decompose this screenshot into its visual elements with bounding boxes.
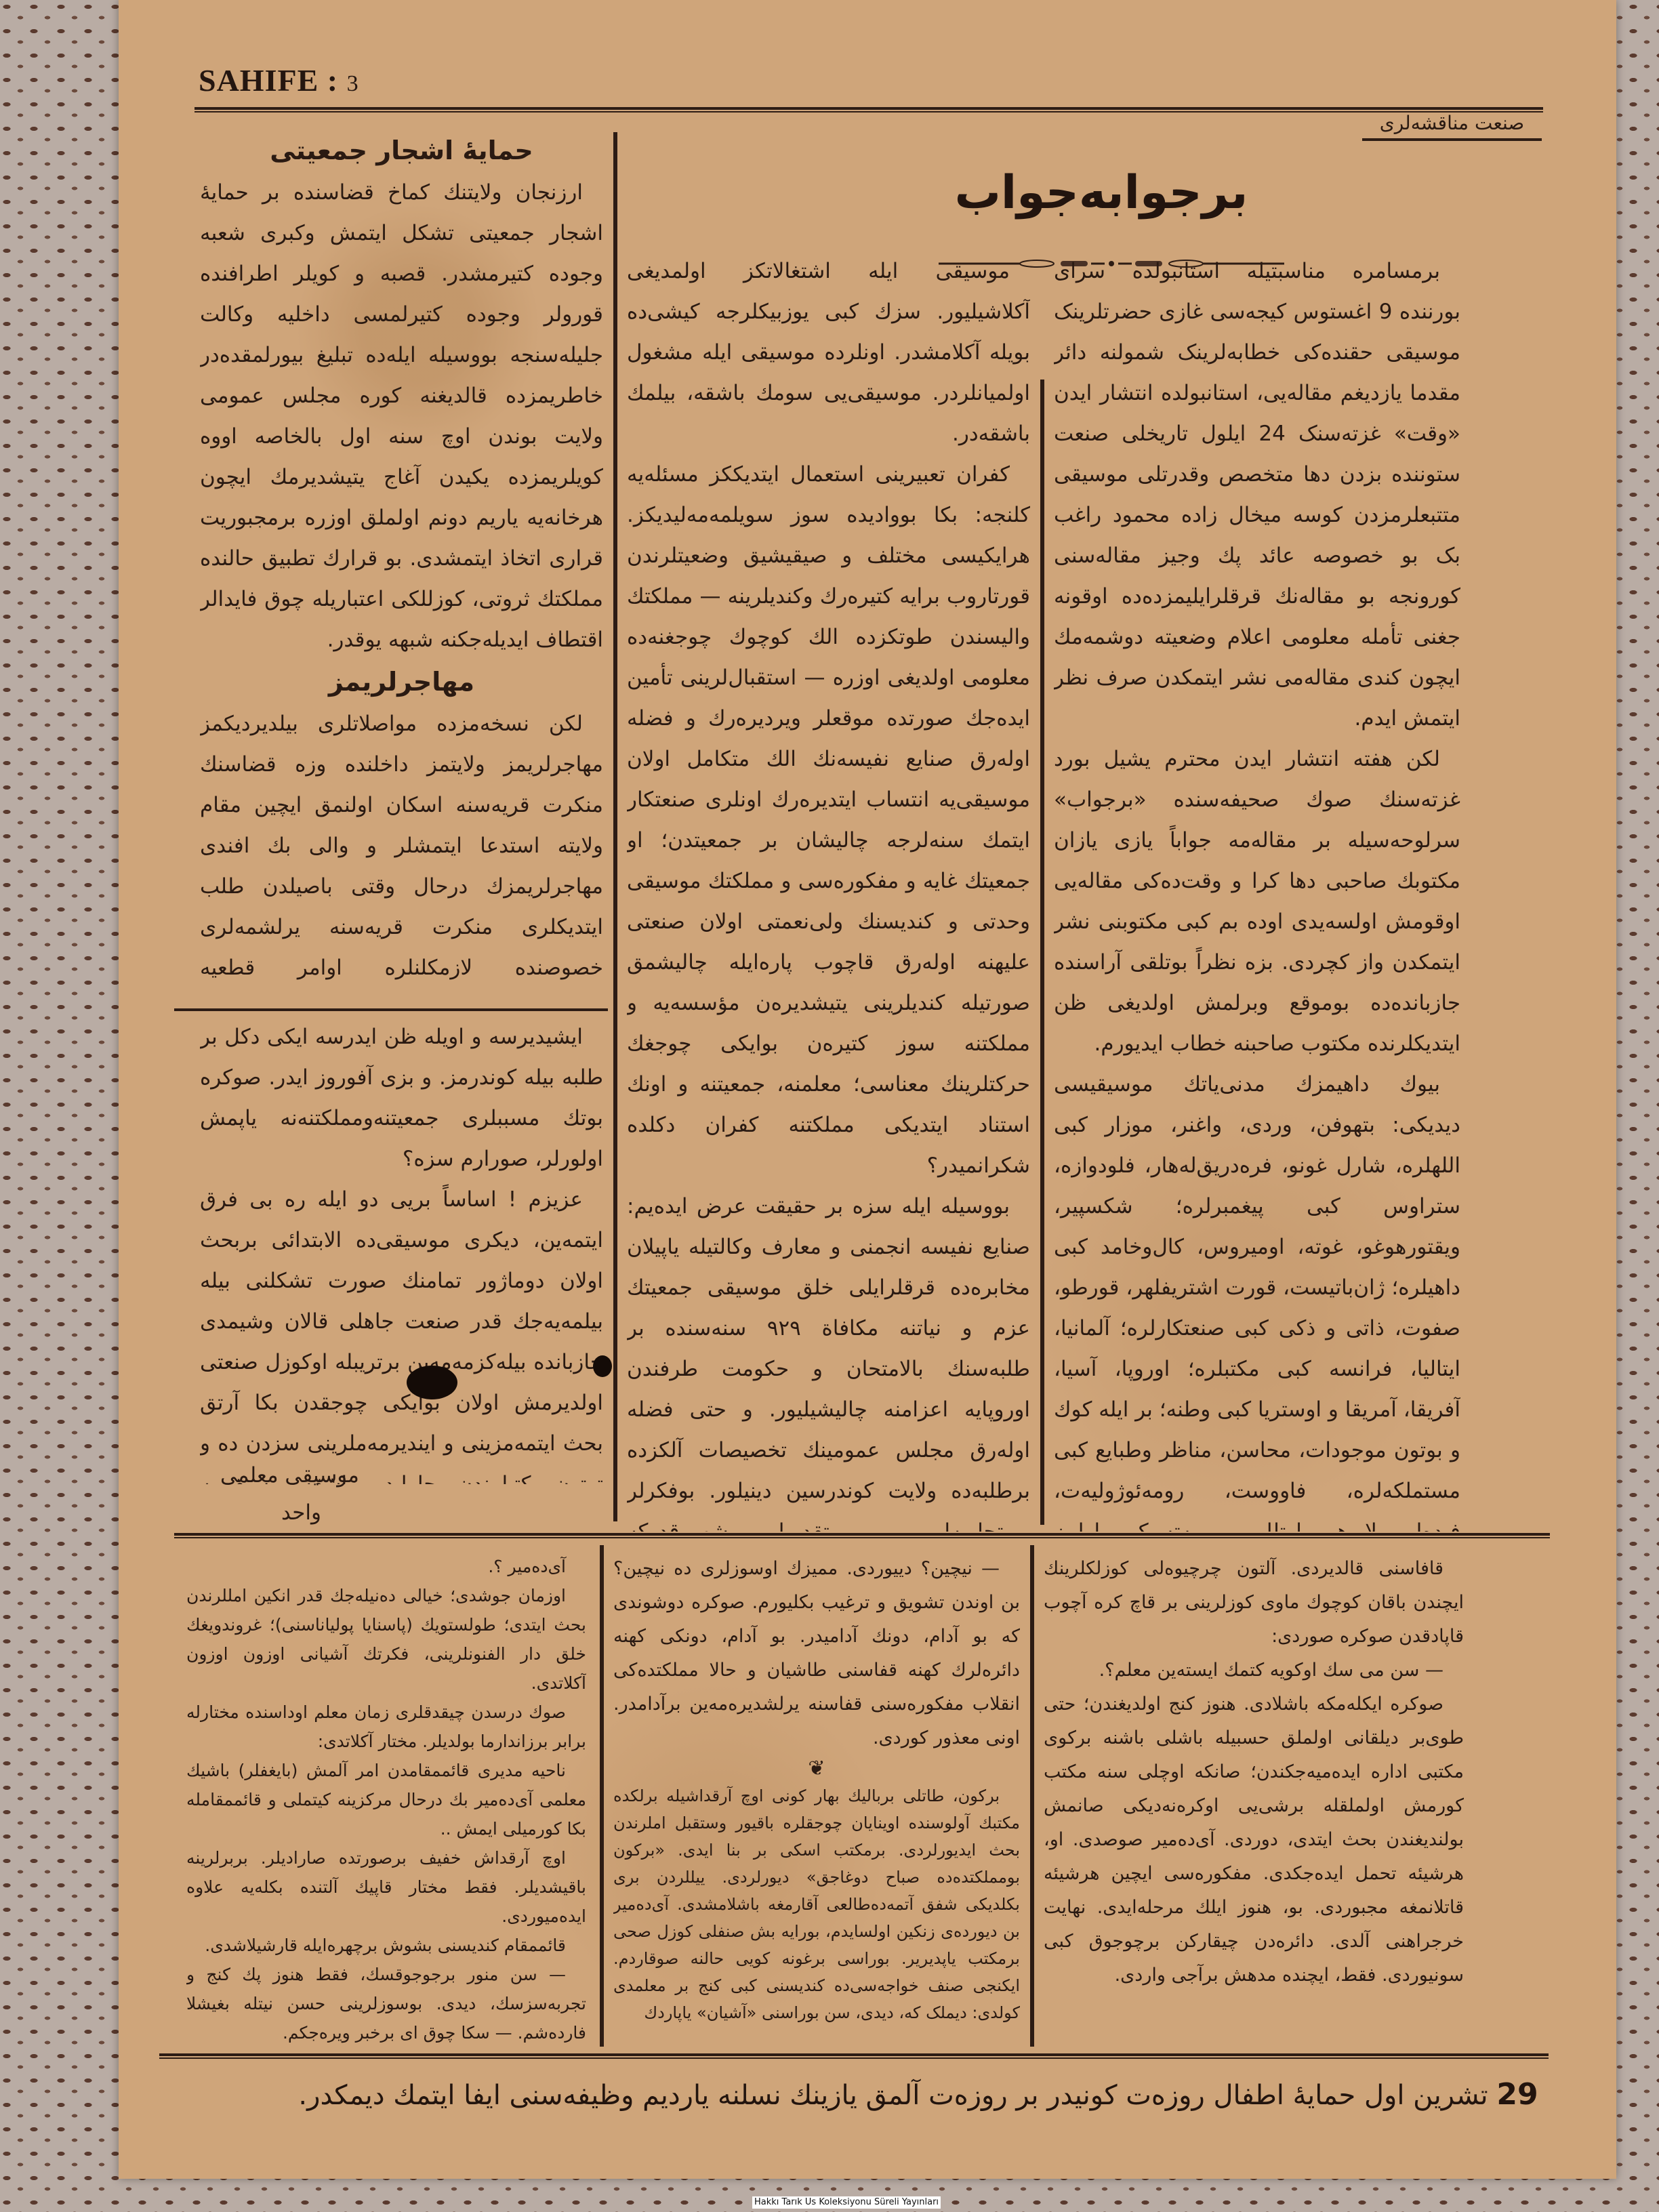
page-number: 3 [347,71,359,96]
page-label-separator: : [327,63,338,98]
footer-text: تشرین اول حمایهٔ اطفال روزه‌ت کونیدر بر … [298,2080,1488,2111]
main-article-middle-column: موسیقی ایله اشتغالاتکز اولمدیغی آکلاشیلی… [627,251,1030,1532]
signature-name: واحد [200,1494,603,1532]
story-paragraph: صوك درسدن چیقدقلری زمان معلم اوداسنده مخ… [186,1698,586,1756]
main-article-left-continuation: ایشیدیرسه و اویله ظن ایدرسه ایکی دکل بر … [200,1017,603,1484]
article-body-immigrants: لکن نسخه‌مزده مواصلاتلری بیلدیردیکمز مها… [200,703,603,989]
header-rule [194,107,1543,112]
section-break-ornament-icon: ❦ [613,1755,1020,1782]
signature-block: موسیقی معلمی واحد [200,1457,603,1532]
article-body-tree-protection: ارزنجان ولایتنك کماخ قضاسنده بر حمایهٔ ا… [200,172,603,660]
story-paragraph: — سن منور برجوجوقسك، فقط هنوز پك کنج و ت… [186,1960,586,2047]
bottom-story-left-column: آی‌ده‌میر ؟. اوزمان جوشدی؛ خیالی ده‌نیله… [186,1552,586,2047]
left-top-column: حمایهٔ اشجار جمعیتی ارزنجان ولایتنك کماخ… [200,129,603,989]
main-article-paragraph: کفران تعبیرینی استعمال ایتدیککز مسئله‌یه… [627,454,1030,1186]
main-article-title: برجوابه‌جواب [932,166,1271,220]
footer-date-number: 29 [1496,2077,1538,2112]
main-article-paragraph: برمسامره مناسبتیله استانبولده سرای بورنن… [1054,251,1460,739]
footer-text-row: 29 تشرین اول حمایهٔ اطفال روزه‌ت کونیدر … [298,2077,1538,2112]
article-heading-tree-protection: حمایهٔ اشجار جمعیتی [200,129,603,172]
story-paragraph: برکون، طاتلی بربالیك بهار کونی اوچ آرقدا… [613,1782,1020,2026]
ink-stain [593,1355,612,1377]
story-paragraph: قافاسنی قالدیردی. آلتون چرچیوه‌لی کوزلکل… [1044,1552,1464,1654]
main-article-paragraph: بیوك داهیمزك مدنی‌یاتك موسیقیسی دیدیکی: … [1054,1064,1460,1532]
article-heading-immigrants: مهاجرلریمز [200,660,603,703]
footer-rule [159,2053,1549,2059]
story-paragraph: قائممقام کندیسنی بشوش برچهره‌ایله قارشیل… [186,1931,586,1960]
ink-stain [407,1366,457,1399]
column-divider-left [613,132,617,1521]
column-divider-right [1040,380,1044,1525]
story-paragraph: ناحیه مدیری قائممقامدن امر آلمش (بایغفلر… [186,1756,586,1843]
story-paragraph: صوکره ایکله‌مکه باشلادی. هنوز کنج اولدیغ… [1044,1687,1464,1992]
story-paragraph: اوزمان جوشدی؛ خیالی ده‌نیله‌جك قدر انکین… [186,1581,586,1698]
bottom-divider-left [600,1545,604,2047]
footer-notice: 29 تشرین اول حمایهٔ اطفال روزه‌ت کونیدر … [274,2064,1562,2125]
bottom-story-middle-column: — نیچین؟ دییوردی. ممیزك اوسوزلری ده نیچی… [613,1552,1020,2047]
archive-credit: Hakkı Tarık Us Koleksiyonu Süreli Yayınl… [752,2196,941,2209]
main-article-paragraph: بووسیله ایله سزه بر حقیقت عرض ایده‌یم: ص… [627,1186,1030,1532]
bottom-divider-right [1030,1545,1034,2047]
page-label-text: SAHIFE [199,63,319,98]
main-article-paragraph: ایشیدیرسه و اویله ظن ایدرسه ایکی دکل بر … [200,1017,603,1179]
story-paragraph: اوچ آرقداش خفیف برصورتده صارادیلر. بربرل… [186,1843,586,1931]
story-paragraph: — سن می سك اوکویه کتمك ایسته‌ین معلم؟. [1044,1654,1464,1687]
bottom-story-right-column: قافاسنی قالدیردی. آلتون چرچیوه‌لی کوزلکل… [1044,1552,1464,2047]
main-article-paragraph: عزیزم ! اساساً بریی دو ایله ره بی فرق ای… [200,1179,603,1484]
story-paragraph: — نیچین؟ دییوردی. ممیزك اوسوزلری ده نیچی… [613,1552,1020,1755]
bottom-section-rule [174,1533,1550,1538]
section-label: صنعت مناقشه‌لری [1362,112,1542,141]
main-article-right-column: برمسامره مناسبتیله استانبولده سرای بورنن… [1054,251,1460,1532]
story-paragraph: آی‌ده‌میر ؟. [186,1552,586,1581]
left-column-separator [174,1008,608,1011]
page-label: SAHIFE : 3 [199,62,359,98]
newspaper-page: SAHIFE : 3 صنعت مناقشه‌لری برجوابه‌جواب … [119,0,1616,2179]
main-article-paragraph: موسیقی ایله اشتغالاتکز اولمدیغی آکلاشیلی… [627,251,1030,454]
main-article-paragraph: لکن هفته انتشار ایدن محترم یشیل بورد غزت… [1054,739,1460,1064]
signature-title: موسیقی معلمی [200,1457,603,1494]
